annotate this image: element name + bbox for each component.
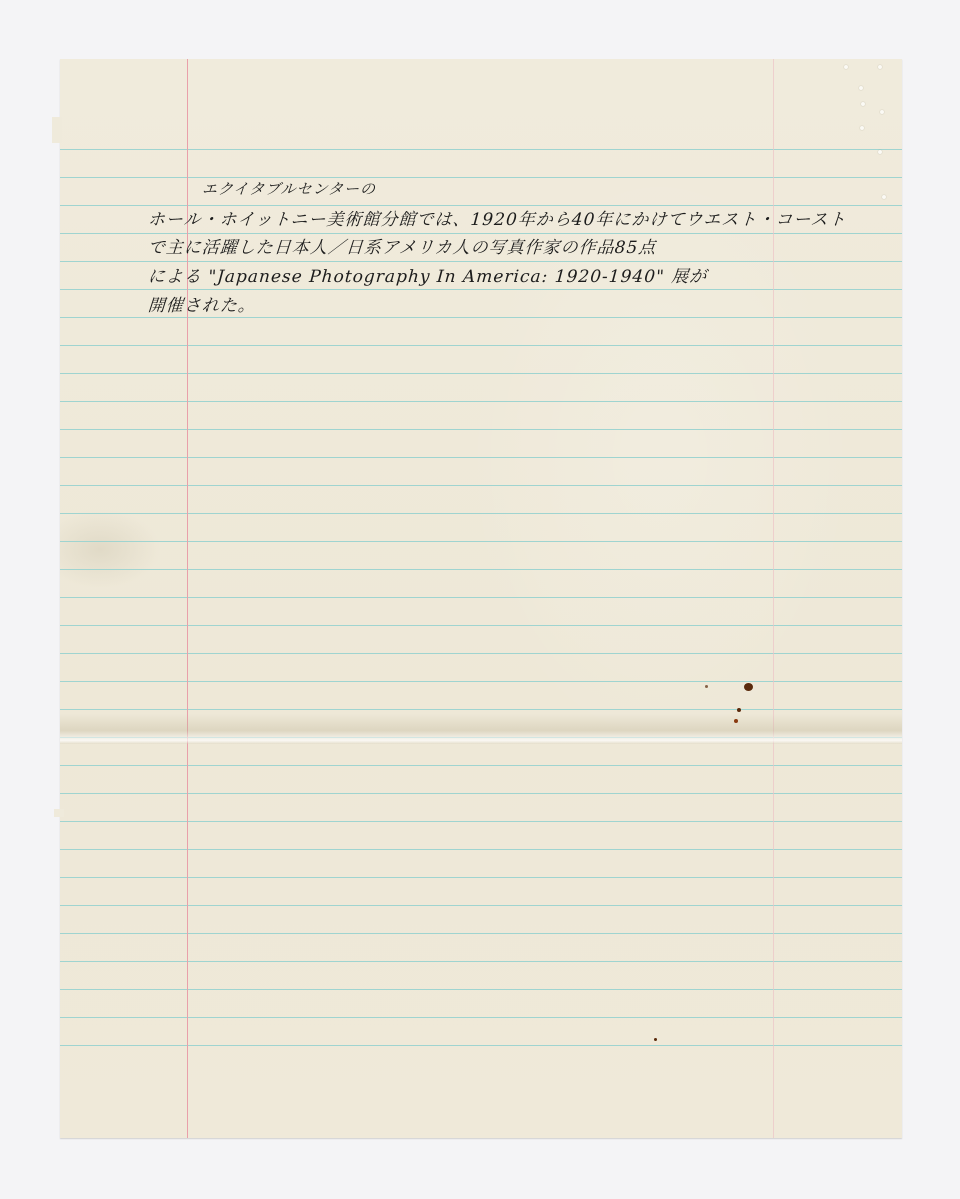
torn-edge bbox=[52, 117, 62, 143]
perforation-hole bbox=[882, 195, 886, 199]
handwritten-line-2: ホール・ホイットニー美術館分館では、1920年から40年にかけてウエスト・コース… bbox=[147, 205, 847, 230]
handwritten-line-5: 開催された。 bbox=[147, 291, 257, 316]
perforation-hole bbox=[880, 110, 884, 114]
perforation-hole bbox=[861, 102, 865, 106]
paper-fold-crease bbox=[60, 714, 902, 744]
perforation-hole bbox=[859, 86, 863, 90]
handwritten-line-4: による "Japanese Photography In America: 19… bbox=[147, 262, 708, 287]
perforation-hole bbox=[878, 150, 882, 154]
perforation-hole bbox=[844, 65, 848, 69]
ruled-paper-sheet: エクイタブルセンターの ホール・ホイットニー美術館分館では、1920年から40年… bbox=[60, 59, 902, 1138]
ink-stain bbox=[654, 1038, 657, 1041]
perforation-hole bbox=[860, 126, 864, 130]
ink-stain bbox=[734, 719, 738, 723]
ink-stain bbox=[737, 708, 741, 712]
ink-stain bbox=[744, 683, 753, 691]
perforation-hole bbox=[878, 65, 882, 69]
ink-stain bbox=[705, 685, 708, 688]
torn-edge bbox=[54, 809, 64, 817]
handwritten-line-1: エクイタブルセンターの bbox=[201, 178, 377, 199]
handwritten-line-3: で主に活躍した日本人／日系アメリカ人の写真作家の作品85点 bbox=[147, 233, 657, 258]
